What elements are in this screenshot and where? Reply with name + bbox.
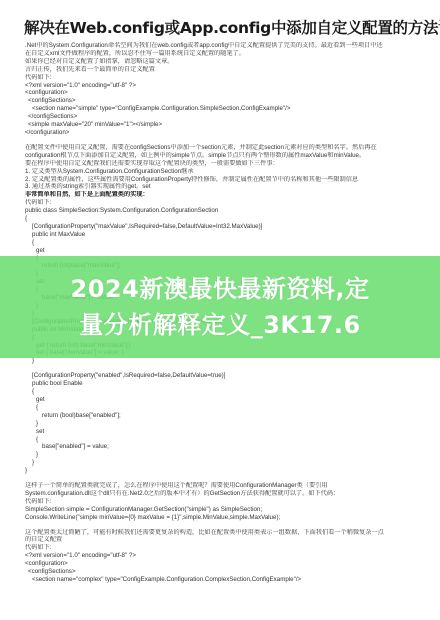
explain-paragraph: 在配置文件中使用自定义配置，需要在configSections中添加一个sect…: [25, 144, 420, 207]
text-line: System.configuration.dll这个dll只有在.Net2.0之…: [25, 490, 420, 498]
banner-headline-line-2: 量分析解释定义_3K17.6: [79, 307, 361, 343]
code-line: return (bool)base["enabled"];: [25, 412, 420, 420]
banner-headline-line-1: 2024新澳最快最新资料,定: [71, 271, 370, 307]
code-line: }: [25, 459, 420, 467]
code-label: 代码如下:: [25, 544, 420, 552]
code-line: <?xml version="1.0" encoding="utf-8" ?>: [25, 82, 420, 90]
code-line: {: [25, 215, 420, 223]
code-line: {: [25, 436, 420, 444]
code-line: base["enabled"] = value;: [25, 443, 420, 451]
code-label: 代码如下:: [25, 199, 420, 207]
code-line: <simple maxValue="20" minValue="1"></sim…: [25, 121, 420, 129]
text-line: 这样子一个简单的配置类就完成了，怎么在程序中使用这个配置呢？需要使用Config…: [25, 482, 420, 490]
list-item: 2. 定义配置类的属性，这些属性需要用ConfigurationProperty…: [25, 176, 420, 184]
text-line: configuration根节点下面添加自定义配置，如上例中的simple节点。…: [25, 152, 420, 160]
usage-paragraph: 这样子一个简单的配置类就完成了，怎么在程序中使用这个配置呢？需要使用Config…: [25, 482, 420, 506]
code-line: <?xml version="1.0" encoding="utf-8" ?>: [25, 552, 420, 560]
code-line: [ConfigurationProperty("enabled",IsRequi…: [25, 372, 420, 380]
code-line: {: [25, 404, 420, 412]
text-line: 言归正传，我们先来看一个最简单的自定义配置: [25, 66, 420, 74]
code-line: }: [25, 420, 420, 428]
list-item: 1. 定义类型从System.Configuration.Configurati…: [25, 168, 420, 176]
code-line: }: [25, 467, 420, 475]
code-line: public bool Enable: [25, 380, 420, 388]
code-line: Console.WriteLine("simple minValue={0} m…: [25, 514, 420, 522]
text-line: 的自定义配置: [25, 536, 420, 544]
code-line: {: [25, 388, 420, 396]
code-block-xml-complex: <?xml version="1.0" encoding="utf-8" ?> …: [25, 552, 420, 584]
text-line: 在自定义xml文件做程序的配置，所以忍不住写一篇用系统自定义配置的随笔了。: [25, 50, 420, 58]
text-line: 如果你已经对自定义配置了如指掌，请忽略这篇文章。: [25, 58, 420, 66]
code-line: }: [25, 357, 420, 365]
article-title: 解决在Web.config或App.config中添加自定义配置的方法详解: [24, 16, 424, 38]
code-line: [ConfigurationProperty("maxValue",IsRequ…: [25, 223, 420, 231]
code-line: <configuration>: [25, 89, 420, 97]
text-line: 要在程序中使用自定义配置我们还需要实现存取这个配置块的类型，一般需要做如下三件事…: [25, 160, 420, 168]
intro-paragraph: .Net中的System.Configuration命名空间为我们在web.co…: [25, 42, 420, 82]
text-line: .Net中的System.Configuration命名空间为我们在web.co…: [25, 42, 420, 50]
code-line: </configuration>: [25, 129, 420, 137]
code-block-xml-simple: <?xml version="1.0" encoding="utf-8" ?> …: [25, 82, 420, 137]
code-line: public int MaxValue: [25, 231, 420, 239]
code-line: {: [25, 239, 420, 247]
list-item: 3. 通过基类的string索引器实现属性的get，set: [25, 183, 420, 191]
code-label: 代码如下:: [25, 498, 420, 506]
code-block-usage: SimpleSection simple = ConfigurationMana…: [25, 506, 420, 522]
article-document: 解决在Web.config或App.config中添加自定义配置的方法详解 .N…: [0, 0, 440, 620]
code-line: <section name="complex" type="ConfigExam…: [25, 576, 420, 584]
text-line: 在配置文件中使用自定义配置，需要在configSections中添加一个sect…: [25, 144, 420, 152]
code-line: <section name="simple" type="ConfigExamp…: [25, 105, 420, 113]
code-line: SimpleSection simple = ConfigurationMana…: [25, 506, 420, 514]
code-line: get: [25, 247, 420, 255]
code-line: <configuration>: [25, 560, 420, 568]
code-line: <configSections>: [25, 568, 420, 576]
text-line: 这个配置类太过简陋了，可能有时候我们还需要更复杂的构造，比如在配置类中使用类表示…: [25, 529, 420, 537]
code-label: 代码如下:: [25, 74, 420, 82]
bold-statement: 非常简单和自然，如下是上面配置类的实现：: [25, 191, 420, 199]
code-line: <configSections>: [25, 97, 420, 105]
code-line: set: [25, 428, 420, 436]
code-line: get: [25, 396, 420, 404]
code-line: }: [25, 451, 420, 459]
code-line: public class SimpleSection:System.Config…: [25, 207, 420, 215]
overlay-banner: 2024新澳最快最新资料,定 量分析解释定义_3K17.6: [0, 256, 440, 358]
complex-intro-paragraph: 这个配置类太过简陋了，可能有时候我们还需要更复杂的构造，比如在配置类中使用类表示…: [25, 529, 420, 553]
code-line: </configSections>: [25, 113, 420, 121]
